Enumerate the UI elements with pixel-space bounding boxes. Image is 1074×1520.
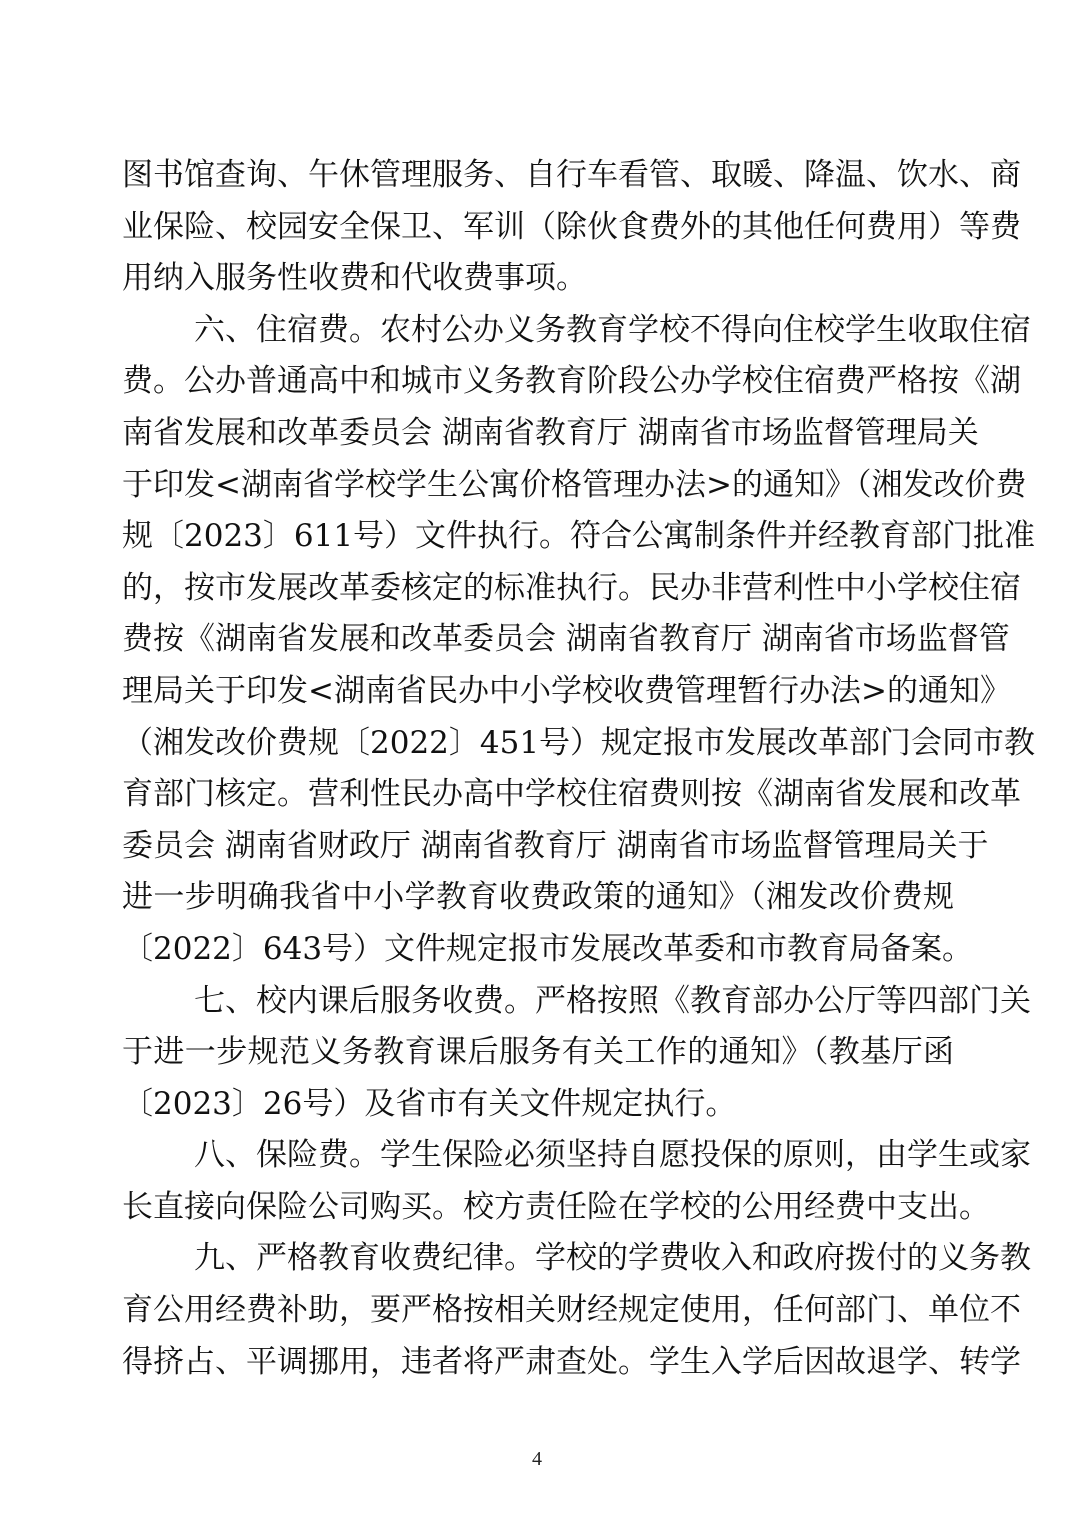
- text-line: 图书馆查询、午休管理服务、自行车看管、取暖、降温、饮水、商: [122, 150, 954, 202]
- text-line: 南省发展和改革委员会 湖南省教育厅 湖南省市场监督管理局关: [122, 408, 954, 460]
- text-line: 育部门核定。营利性民办高中学校住宿费则按《湖南省发展和改革: [122, 769, 954, 821]
- text-line: 育公用经费补助，要严格按相关财经规定使用，任何部门、单位不: [122, 1285, 954, 1337]
- section-heading-line-8-insurance-fee: 八、保险费。学生保险必须坚持自愿投保的原则，由学生或家: [122, 1130, 954, 1182]
- text-line: 于进一步规范义务教育课后服务有关工作的通知》（教基厅函: [122, 1027, 954, 1079]
- page-number: 4: [0, 1448, 1074, 1471]
- text-line: 业保险、校园安全保卫、军训（除伙食费外的其他任何费用）等费: [122, 202, 954, 254]
- text-line: （湘发改价费规〔2022〕451号）规定报市发展改革部门会同市教: [122, 718, 954, 770]
- section-heading-line-9-fee-discipline: 九、严格教育收费纪律。学校的学费收入和政府拨付的义务教: [122, 1233, 954, 1285]
- text-line: 费。公办普通高中和城市义务教育阶段公办学校住宿费严格按《湖: [122, 356, 954, 408]
- text-line: 〔2022〕643号）文件规定报市发展改革委和市教育局备案。: [122, 924, 954, 976]
- text-line: 规〔2023〕611号）文件执行。符合公寓制条件并经教育部门批准: [122, 511, 954, 563]
- document-page: 图书馆查询、午休管理服务、自行车看管、取暖、降温、饮水、商 业保险、校园安全保卫…: [0, 0, 1074, 1520]
- section-heading-line-7-after-school-service-fee: 七、校内课后服务收费。严格按照《教育部办公厅等四部门关: [122, 976, 954, 1028]
- text-line: 用纳入服务性收费和代收费事项。: [122, 253, 954, 305]
- text-line: 的，按市发展改革委核定的标准执行。民办非营利性中小学校住宿: [122, 563, 954, 615]
- text-line: 〔2023〕26号）及省市有关文件规定执行。: [122, 1079, 954, 1131]
- text-line: 进一步明确我省中小学教育收费政策的通知》（湘发改价费规: [122, 872, 954, 924]
- text-line: 得挤占、平调挪用，违者将严肃查处。学生入学后因故退学、转学: [122, 1337, 954, 1389]
- text-line: 于印发<湖南省学校学生公寓价格管理办法>的通知》（湘发改价费: [122, 460, 954, 512]
- section-heading-line-6-accommodation-fee: 六、住宿费。农村公办义务教育学校不得向住校学生收取住宿: [122, 305, 954, 357]
- text-line: 费按《湖南省发展和改革委员会 湖南省教育厅 湖南省市场监督管: [122, 614, 954, 666]
- document-body: 图书馆查询、午休管理服务、自行车看管、取暖、降温、饮水、商 业保险、校园安全保卫…: [122, 150, 954, 1388]
- text-line: 理局关于印发<湖南省民办中小学校收费管理暂行办法>的通知》: [122, 666, 954, 718]
- text-line: 长直接向保险公司购买。校方责任险在学校的公用经费中支出。: [122, 1182, 954, 1234]
- text-line: 委员会 湖南省财政厅 湖南省教育厅 湖南省市场监督管理局关于: [122, 821, 954, 873]
